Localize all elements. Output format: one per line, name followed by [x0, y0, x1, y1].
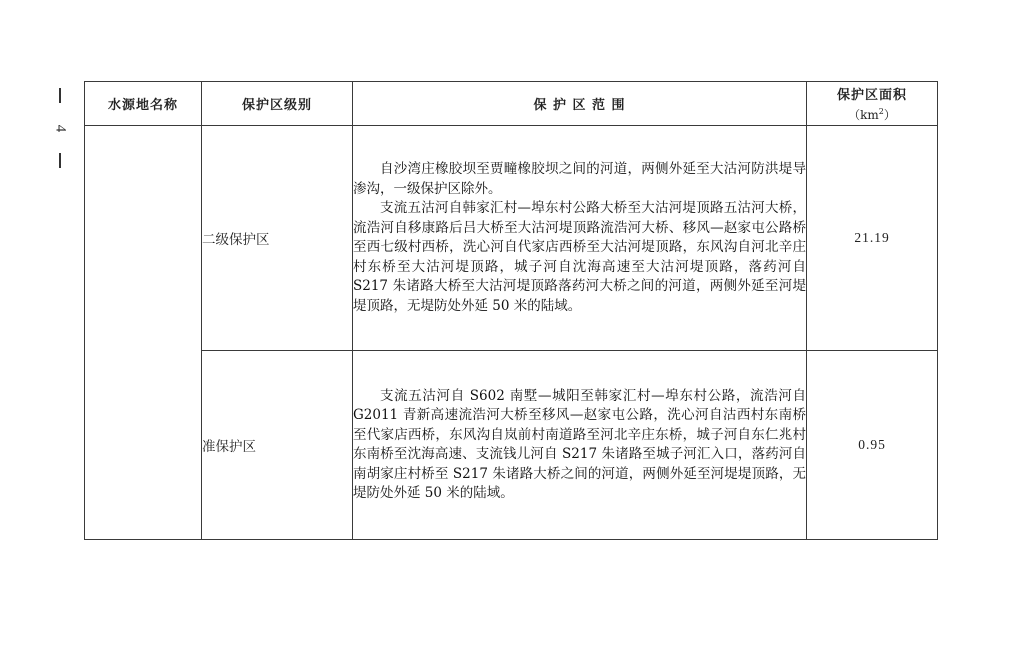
header-source-name: 水源地名称: [85, 82, 202, 126]
scope-paragraph: 自沙湾庄橡胶坝至贾疃橡胶坝之间的河道，两侧外延至大沽河防洪堤导渗沟，一级保护区除…: [353, 160, 806, 199]
table-row: 二级保护区 自沙湾庄橡胶坝至贾疃橡胶坝之间的河道，两侧外延至大沽河防洪堤导渗沟，…: [85, 126, 938, 351]
table-row: 准保护区 支流五沽河自 S602 南墅—城阳至韩家汇村—埠东村公路，流浩河自 G…: [85, 351, 938, 540]
table-header-row: 水源地名称 保护区级别 保 护 区 范 围 保护区面积 （km2）: [85, 82, 938, 126]
page-number-value: 4: [53, 124, 68, 132]
protection-zone-table: 水源地名称 保护区级别 保 护 区 范 围 保护区面积 （km2） 二级保护区 …: [84, 81, 938, 540]
cell-scope: 自沙湾庄橡胶坝至贾疃橡胶坝之间的河道，两侧外延至大沽河防洪堤导渗沟，一级保护区除…: [353, 126, 807, 351]
cell-level: 二级保护区: [202, 126, 353, 351]
header-area: 保护区面积 （km2）: [807, 82, 938, 126]
scope-paragraph: 支流五沽河自 S602 南墅—城阳至韩家汇村—埠东村公路，流浩河自 G2011 …: [353, 387, 806, 504]
page-number: 4: [48, 88, 72, 168]
cell-area: 21.19: [807, 126, 938, 351]
header-area-label: 保护区面积: [837, 88, 907, 103]
header-scope: 保 护 区 范 围: [353, 82, 807, 126]
cell-scope: 支流五沽河自 S602 南墅—城阳至韩家汇村—埠东村公路，流浩河自 G2011 …: [353, 351, 807, 540]
cell-level: 准保护区: [202, 351, 353, 540]
scope-paragraph: 支流五沽河自韩家汇村—埠东村公路大桥至大沽河堤顶路五沽河大桥，流浩河自移康路后吕…: [353, 199, 806, 316]
page-number-dash-top: [59, 88, 61, 103]
cell-source-name: [85, 126, 202, 540]
page-number-dash-bottom: [59, 153, 61, 168]
header-area-unit: （km2）: [807, 106, 937, 123]
header-level: 保护区级别: [202, 82, 353, 126]
unit-prefix: （km: [848, 108, 879, 122]
unit-suffix: ）: [884, 108, 896, 122]
cell-area: 0.95: [807, 351, 938, 540]
